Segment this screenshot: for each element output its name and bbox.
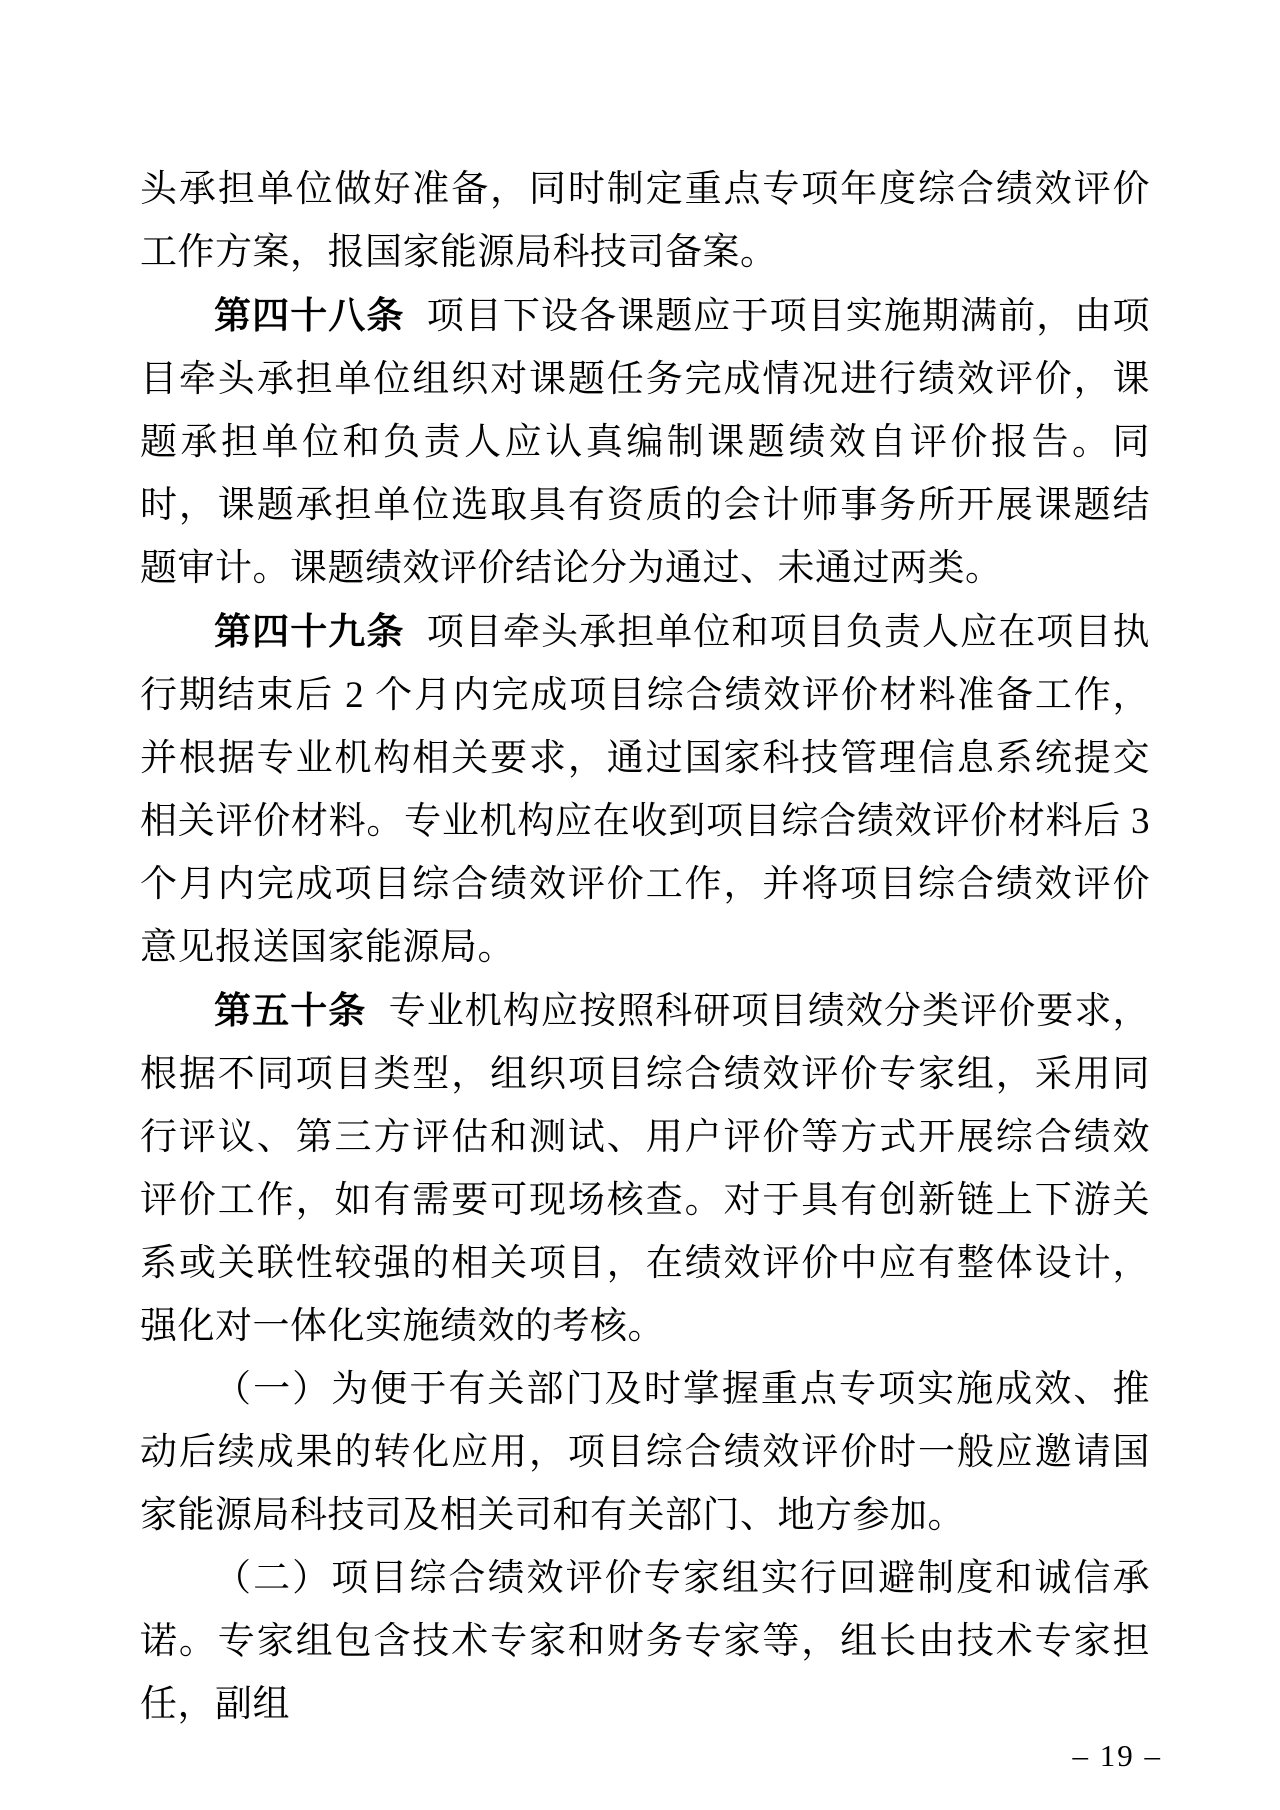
paragraph-continuation: 头承担单位做好准备，同时制定重点专项年度综合绩效评价工作方案，报国家能源局科技司… — [140, 158, 1150, 284]
paragraph-item-2: （二）项目综合绩效评价专家组实行回避制度和诚信承诺。专家组包含技术专家和财务专家… — [140, 1547, 1150, 1736]
paragraph-article-49: 第四十九条项目牵头承担单位和项目负责人应在项目执行期结束后 2 个月内完成项目综… — [140, 600, 1150, 979]
paragraph-text: 项目下设各课题应于项目实施期满前，由项目牵头承担单位组织对课题任务完成情况进行绩… — [140, 296, 1150, 589]
paragraph-item-1: （一）为便于有关部门及时掌握重点专项实施成效、推动后续成果的转化应用，项目综合绩… — [140, 1358, 1150, 1547]
article-number-label: 第五十条 — [214, 990, 366, 1031]
document-page: 头承担单位做好准备，同时制定重点专项年度综合绩效评价工作方案，报国家能源局科技司… — [0, 0, 1280, 1810]
article-number-label: 第四十八条 — [214, 295, 405, 336]
paragraph-text: 头承担单位做好准备，同时制定重点专项年度综合绩效评价工作方案，报国家能源局科技司… — [140, 169, 1150, 273]
paragraph-text: （二）项目综合绩效评价专家组实行回避制度和诚信承诺。专家组包含技术专家和财务专家… — [140, 1558, 1150, 1725]
page-number: – 19 – — [1073, 1736, 1163, 1776]
article-number-label: 第四十九条 — [214, 611, 405, 652]
paragraph-article-48: 第四十八条项目下设各课题应于项目实施期满前，由项目牵头承担单位组织对课题任务完成… — [140, 284, 1150, 600]
paragraph-text: 专业机构应按照科研项目绩效分类评价要求，根据不同项目类型，组织项目综合绩效评价专… — [140, 991, 1150, 1347]
document-body: 头承担单位做好准备，同时制定重点专项年度综合绩效评价工作方案，报国家能源局科技司… — [140, 158, 1150, 1736]
paragraph-article-50: 第五十条专业机构应按照科研项目绩效分类评价要求，根据不同项目类型，组织项目综合绩… — [140, 979, 1150, 1358]
paragraph-text: （一）为便于有关部门及时掌握重点专项实施成效、推动后续成果的转化应用，项目综合绩… — [140, 1369, 1150, 1536]
paragraph-text: 项目牵头承担单位和项目负责人应在项目执行期结束后 2 个月内完成项目综合绩效评价… — [140, 612, 1150, 968]
